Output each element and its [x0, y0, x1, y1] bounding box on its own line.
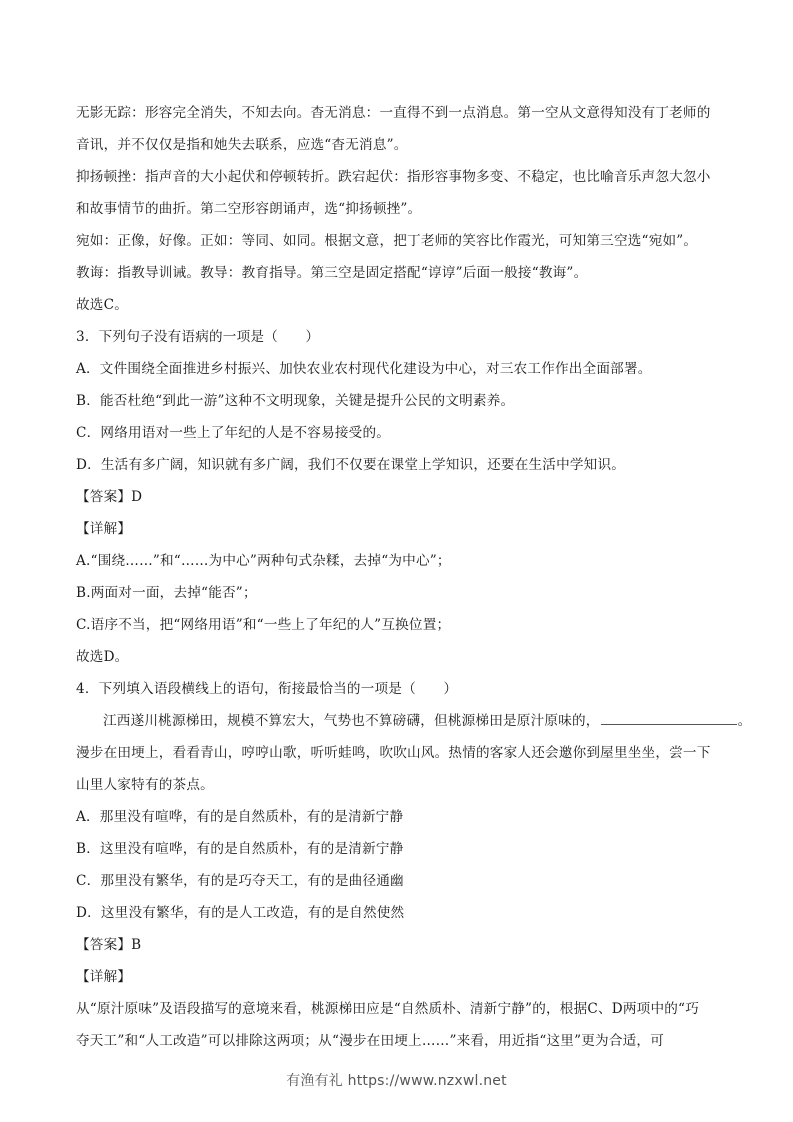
explanation-line-wuyingwuzong: 无影无踪：形容完全消失，不知去向。杳无消息：一直得不到一点消息。第一空从文意得知… [76, 103, 711, 123]
passage-text-after-blank: 。 [738, 713, 752, 729]
answer-conclusion-q2: 故选C。 [76, 295, 128, 315]
question-3-conclusion: 故选D。 [76, 647, 128, 667]
question-3-option-a: A．文件围绕全面推进乡村振兴、加快农业农村现代化建设为中心，对三农工作作出全面部… [76, 359, 652, 379]
fill-in-blank [601, 712, 737, 725]
passage-text-before-blank: 江西遂川桃源梯田，规模不算宏大，气势也不算磅礴，但桃源梯田是原汁原味的， [103, 713, 600, 729]
explanation-line-wanru: 宛如：正像，好像。正如：等同、如同。根据文意，把丁老师的笑容比作霞光，可知第三空… [76, 231, 697, 251]
question-4-detail-line-2: 夺天工”和“人工改造”可以排除这两项；从“漫步在田埂上……”来看，用近指“这里”… [76, 1031, 664, 1051]
question-4-passage-line-2: 漫步在田埂上，看看青山，哼哼山歌，听听蛙鸣，吹吹山风。热情的客家人还会邀你到屋里… [76, 743, 711, 763]
question-3-stem: 3．下列句子没有语病的一项是（ ） [76, 327, 319, 347]
explanation-line-yiyangdunchuo: 抑扬顿挫：指声音的大小起伏和停顿转折。跌宕起伏：指形容事物多变、不稳定，也比喻音… [76, 167, 711, 187]
question-4-option-a: A．那里没有喧哗，有的是自然质朴，有的是清新宁静 [76, 807, 403, 827]
question-4-passage-line-1: 江西遂川桃源梯田，规模不算宏大，气势也不算磅礴，但桃源梯田是原汁原味的，。 [103, 711, 751, 731]
question-3-option-c: C．网络用语对一些上了年纪的人是不容易接受的。 [76, 423, 390, 443]
question-3-answer: 【答案】D [76, 487, 142, 507]
explanation-line-second-blank: 和故事情节的曲折。第二空形容朗诵声，选“抑扬顿挫”。 [76, 199, 421, 219]
question-4-stem: 4．下列填入语段横线上的语句，衔接最恰当的一项是（ ） [76, 679, 457, 699]
question-3-detail-a: A.“围绕……”和“……为中心”两种句式杂糅，去掉“为中心”； [76, 551, 451, 571]
question-4-detail-heading: 【详解】 [76, 967, 131, 987]
question-4-option-b: B．这里没有喧哗，有的是自然质朴，有的是清新宁静 [76, 839, 403, 859]
question-3-detail-c: C.语序不当，把“网络用语”和“一些上了年纪的人”互换位置； [76, 615, 450, 635]
question-4-option-d: D．这里没有繁华，有的是人工改造，有的是自然使然 [76, 903, 404, 923]
question-4-option-c: C．那里没有繁华，有的是巧夺天工，有的是曲径通幽 [76, 871, 404, 891]
question-4-detail-line-1: 从“原汁原味”及语段描写的意境来看，桃源梯田应是“自然质朴、清新宁静”的，根据C… [76, 999, 699, 1019]
question-4-passage-line-3: 山里人家特有的茶点。 [76, 775, 214, 795]
question-3-option-d: D．生活有多广阔，知识就有多广阔，我们不仅要在课堂上学知识，还要在生活中学知识。 [76, 455, 625, 475]
explanation-line-yaowuxiaoxi: 音讯，并不仅仅是指和她失去联系，应选“杳无消息”。 [76, 135, 408, 155]
question-3-option-b: B．能否杜绝“到此一游”这种不文明现象，关键是提升公民的文明素养。 [76, 391, 514, 411]
question-3-detail-heading: 【详解】 [76, 519, 131, 539]
question-4-answer: 【答案】B [76, 935, 141, 955]
footer-watermark: 有渔有礼 https://www.nzxwl.net [0, 1070, 793, 1090]
explanation-line-jiaohui: 教诲：指教导训诫。教导：教育指导。第三空是固定搭配“谆谆”后面一般接“教诲”。 [76, 263, 587, 283]
question-3-detail-b: B.两面对一面，去掉“能否”； [76, 583, 257, 603]
